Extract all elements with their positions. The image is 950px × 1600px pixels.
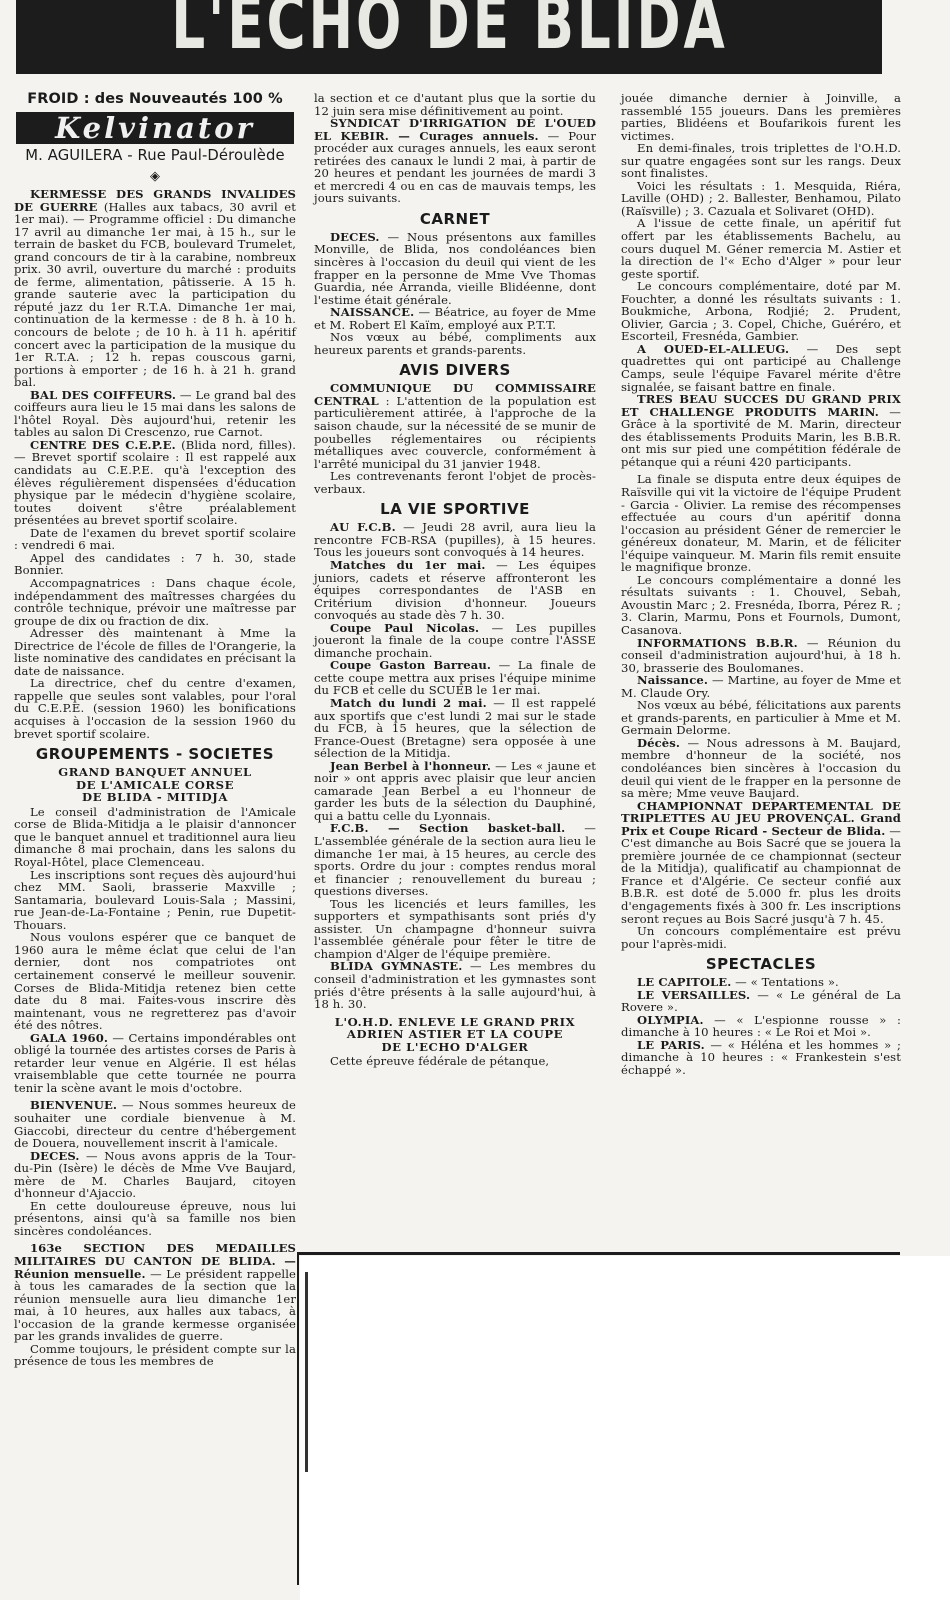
article-kermesse: KERMESSE DES GRANDS INVALIDES DE GUERRE … xyxy=(14,188,296,389)
paragraph: Un concours complémentaire est prévu pou… xyxy=(621,925,901,950)
sport-items: AU F.C.B. — Jeudi 28 avril, aura lieu la… xyxy=(314,521,596,1010)
article-medailles: 163e SECTION DES MEDAILLES MILITAIRES DU… xyxy=(14,1242,296,1342)
vertical-rule-marker xyxy=(305,1272,308,1472)
paragraph: Nos vœux au bébé, félicitations aux pare… xyxy=(621,699,901,737)
paragraph: La finale se disputa entre deux équipes … xyxy=(621,473,901,573)
paragraph: Comme toujours, le président compte sur … xyxy=(14,1343,296,1368)
article-produits-marin: TRES BEAU SUCCES DU GRAND PRIX ET CHALLE… xyxy=(621,393,901,468)
article-naissance: Naissance. — Martine, au foyer de Mme et… xyxy=(621,674,901,699)
vertical-rule xyxy=(297,1252,299,1585)
sport-item: AU F.C.B. — Jeudi 28 avril, aura lieu la… xyxy=(314,521,596,559)
paragraph: La directrice, chef du centre d'examen, … xyxy=(14,677,296,740)
paragraph: Les inscriptions sont reçues dès aujourd… xyxy=(14,869,296,932)
horizontal-rule xyxy=(298,1252,900,1255)
article-informations-bbr: INFORMATIONS B.B.R. — Réunion du conseil… xyxy=(621,637,901,675)
article-naissance: NAISSANCE. — Béatrice, au foyer de Mme e… xyxy=(314,306,596,331)
paragraph: Appel des candidates : 7 h. 30, stade Bo… xyxy=(14,552,296,577)
paragraph: Date de l'examen du brevet sportif scola… xyxy=(14,527,296,552)
paragraph: Les contrevenants feront l'objet de proc… xyxy=(314,470,596,495)
article-syndicat: SYNDICAT D'IRRIGATION DE L'OUED EL KEBIR… xyxy=(314,117,596,205)
paragraph: Nos vœux au bébé, compliments aux heureu… xyxy=(314,331,596,356)
section-heading-spectacles: SPECTACLES xyxy=(621,954,901,974)
paragraph: En demi-finales, trois triplettes de l'O… xyxy=(621,142,901,180)
paragraph: Nous voulons espérer que ce banquet de 1… xyxy=(14,931,296,1031)
section-heading-carnet: CARNET xyxy=(314,209,596,229)
paragraph: Le conseil d'administration de l'Amicale… xyxy=(14,806,296,869)
article-cepe: CENTRE DES C.E.P.E. (Blida nord, filles)… xyxy=(14,439,296,527)
advertisement: FROID : des Nouveautés 100 % Kelvinator … xyxy=(14,90,296,166)
paragraph: Le concours complémentaire a donné les r… xyxy=(621,574,901,637)
column-left: FROID : des Nouveautés 100 % Kelvinator … xyxy=(14,90,296,1368)
sport-item: BLIDA GYMNASTE. — Les membres du conseil… xyxy=(314,960,596,1010)
section-heading-vie-sportive: LA VIE SPORTIVE xyxy=(314,499,596,519)
spectacle-listing: LE VERSAILLES. — « Le général de La Rove… xyxy=(621,989,901,1014)
masthead: L'ECHO DE BLIDA xyxy=(16,0,882,74)
paragraph: Adresser dès maintenant à Mme la Directr… xyxy=(14,627,296,677)
sport-item: Jean Berbel à l'honneur. — Les « jaune e… xyxy=(314,760,596,823)
section-heading-avis-divers: AVIS DIVERS xyxy=(314,360,596,380)
article-gala: GALA 1960. — Certains impondérables ont … xyxy=(14,1032,296,1095)
sport-item: Tous les licenciés et leurs familles, le… xyxy=(314,898,596,961)
ad-brand-logo: Kelvinator xyxy=(16,112,294,144)
article-oued-el-alleug: A OUED-EL-ALLEUG. — Des sept quadrettes … xyxy=(621,343,901,393)
paragraph: Accompagnatrices : Dans chaque école, in… xyxy=(14,577,296,627)
article-deces: DECES. — Nous avons appris de la Tour-du… xyxy=(14,1150,296,1200)
paragraph: En cette douloureuse épreuve, nous lui p… xyxy=(14,1200,296,1238)
section-heading-groupements: GROUPEMENTS - SOCIETES xyxy=(14,744,296,764)
spectacle-list: LE CAPITOLE. — « Tentations ».LE VERSAIL… xyxy=(621,976,901,1076)
article-communique: COMMUNIQUE DU COMMISSAIRE CENTRAL : L'at… xyxy=(314,382,596,470)
sport-item: Match du lundi 2 mai. — Il est rappelé a… xyxy=(314,697,596,760)
sport-item: Matches du 1er mai. — Les équipes junior… xyxy=(314,559,596,622)
article-lead: TRES BEAU SUCCES DU GRAND PRIX ET CHALLE… xyxy=(621,392,901,419)
article-lead: CHAMPIONNAT DEPARTEMENTAL DE TRIPLETTES … xyxy=(621,799,901,838)
diamond-ornament-icon: ◈ xyxy=(14,168,296,186)
ad-dealer: M. AGUILERA - Rue Paul-Déroulède xyxy=(14,146,296,166)
blank-area xyxy=(300,1256,950,1600)
paragraph: A l'issue de cette finale, un apéritif f… xyxy=(621,217,901,280)
ad-headline: FROID : des Nouveautés 100 % xyxy=(14,90,296,108)
paragraph: Le concours complémentaire, doté par M. … xyxy=(621,280,901,343)
paragraph: Voici les résultats : 1. Mesquida, Riéra… xyxy=(621,180,901,218)
sport-item: Coupe Paul Nicolas. — Les pupilles jouer… xyxy=(314,622,596,660)
paragraph: Cette épreuve fédérale de pétanque, xyxy=(314,1055,596,1068)
article-subheading: L'O.H.D. ENLEVE LE GRAND PRIX ADRIEN AST… xyxy=(314,1016,596,1054)
column-right: jouée dimanche dernier à Joinville, a ra… xyxy=(621,92,901,1077)
spectacle-listing: LE PARIS. — « Héléna et les hommes » ; d… xyxy=(621,1039,901,1077)
spectacle-listing: OLYMPIA. — « L'espionne rousse » : diman… xyxy=(621,1014,901,1039)
article-bal-coiffeurs: BAL DES COIFFEURS. — Le grand bal des co… xyxy=(14,389,296,439)
article-deces: Décès. — Nous adressons à M. Baujard, me… xyxy=(621,737,901,800)
article-subheading: GRAND BANQUET ANNUEL DE L'AMICALE CORSE … xyxy=(14,766,296,804)
sport-item: Coupe Gaston Barreau. — La finale de cet… xyxy=(314,659,596,697)
sport-item: F.C.B. — Section basket-ball. — L'assemb… xyxy=(314,822,596,897)
article-bienvenue: BIENVENUE. — Nous sommes heureux de souh… xyxy=(14,1099,296,1149)
paragraph-continued: jouée dimanche dernier à Joinville, a ra… xyxy=(621,92,901,142)
article-deces: DECES. — Nous présentons aux familles Mo… xyxy=(314,231,596,306)
article-championnat: CHAMPIONNAT DEPARTEMENTAL DE TRIPLETTES … xyxy=(621,800,901,925)
paragraph-continued: la section et ce d'autant plus que la so… xyxy=(314,92,596,117)
newspaper-title: L'ECHO DE BLIDA xyxy=(171,0,727,60)
column-middle: la section et ce d'autant plus que la so… xyxy=(314,92,596,1068)
